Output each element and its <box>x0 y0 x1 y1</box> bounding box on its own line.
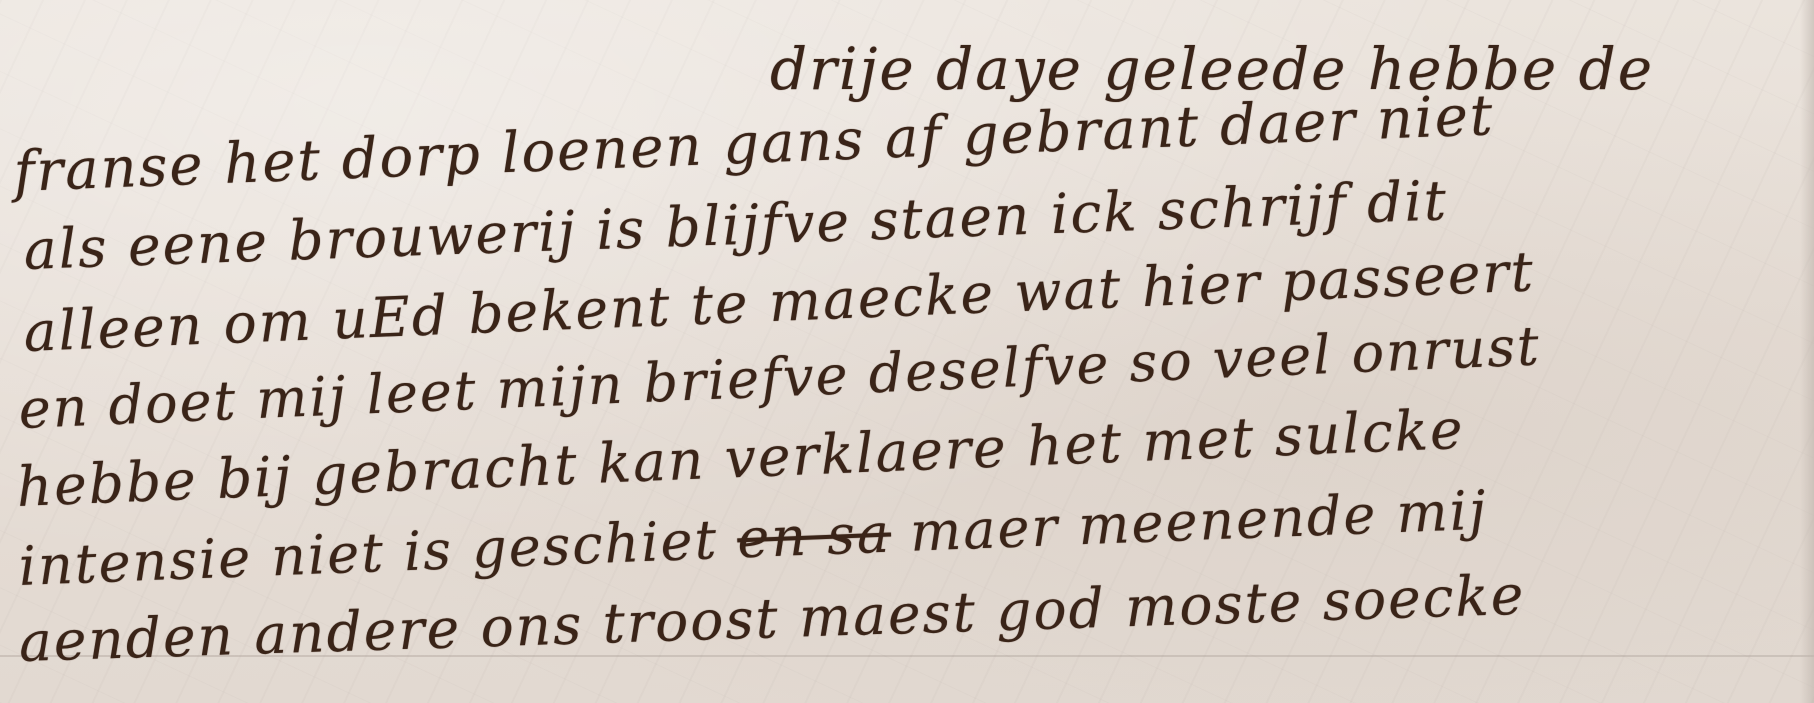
line-7-text-after: maer meenende mij <box>890 479 1489 565</box>
line-7-text-before: intensie niet is geschiet <box>18 507 739 598</box>
paper-edge <box>1800 0 1814 703</box>
manuscript-line-1: drije daye geleede hebbe de <box>770 35 1654 103</box>
manuscript-page: drije daye geleede hebbe de franse het d… <box>0 0 1814 703</box>
struck-through-text: en sa <box>736 502 892 571</box>
